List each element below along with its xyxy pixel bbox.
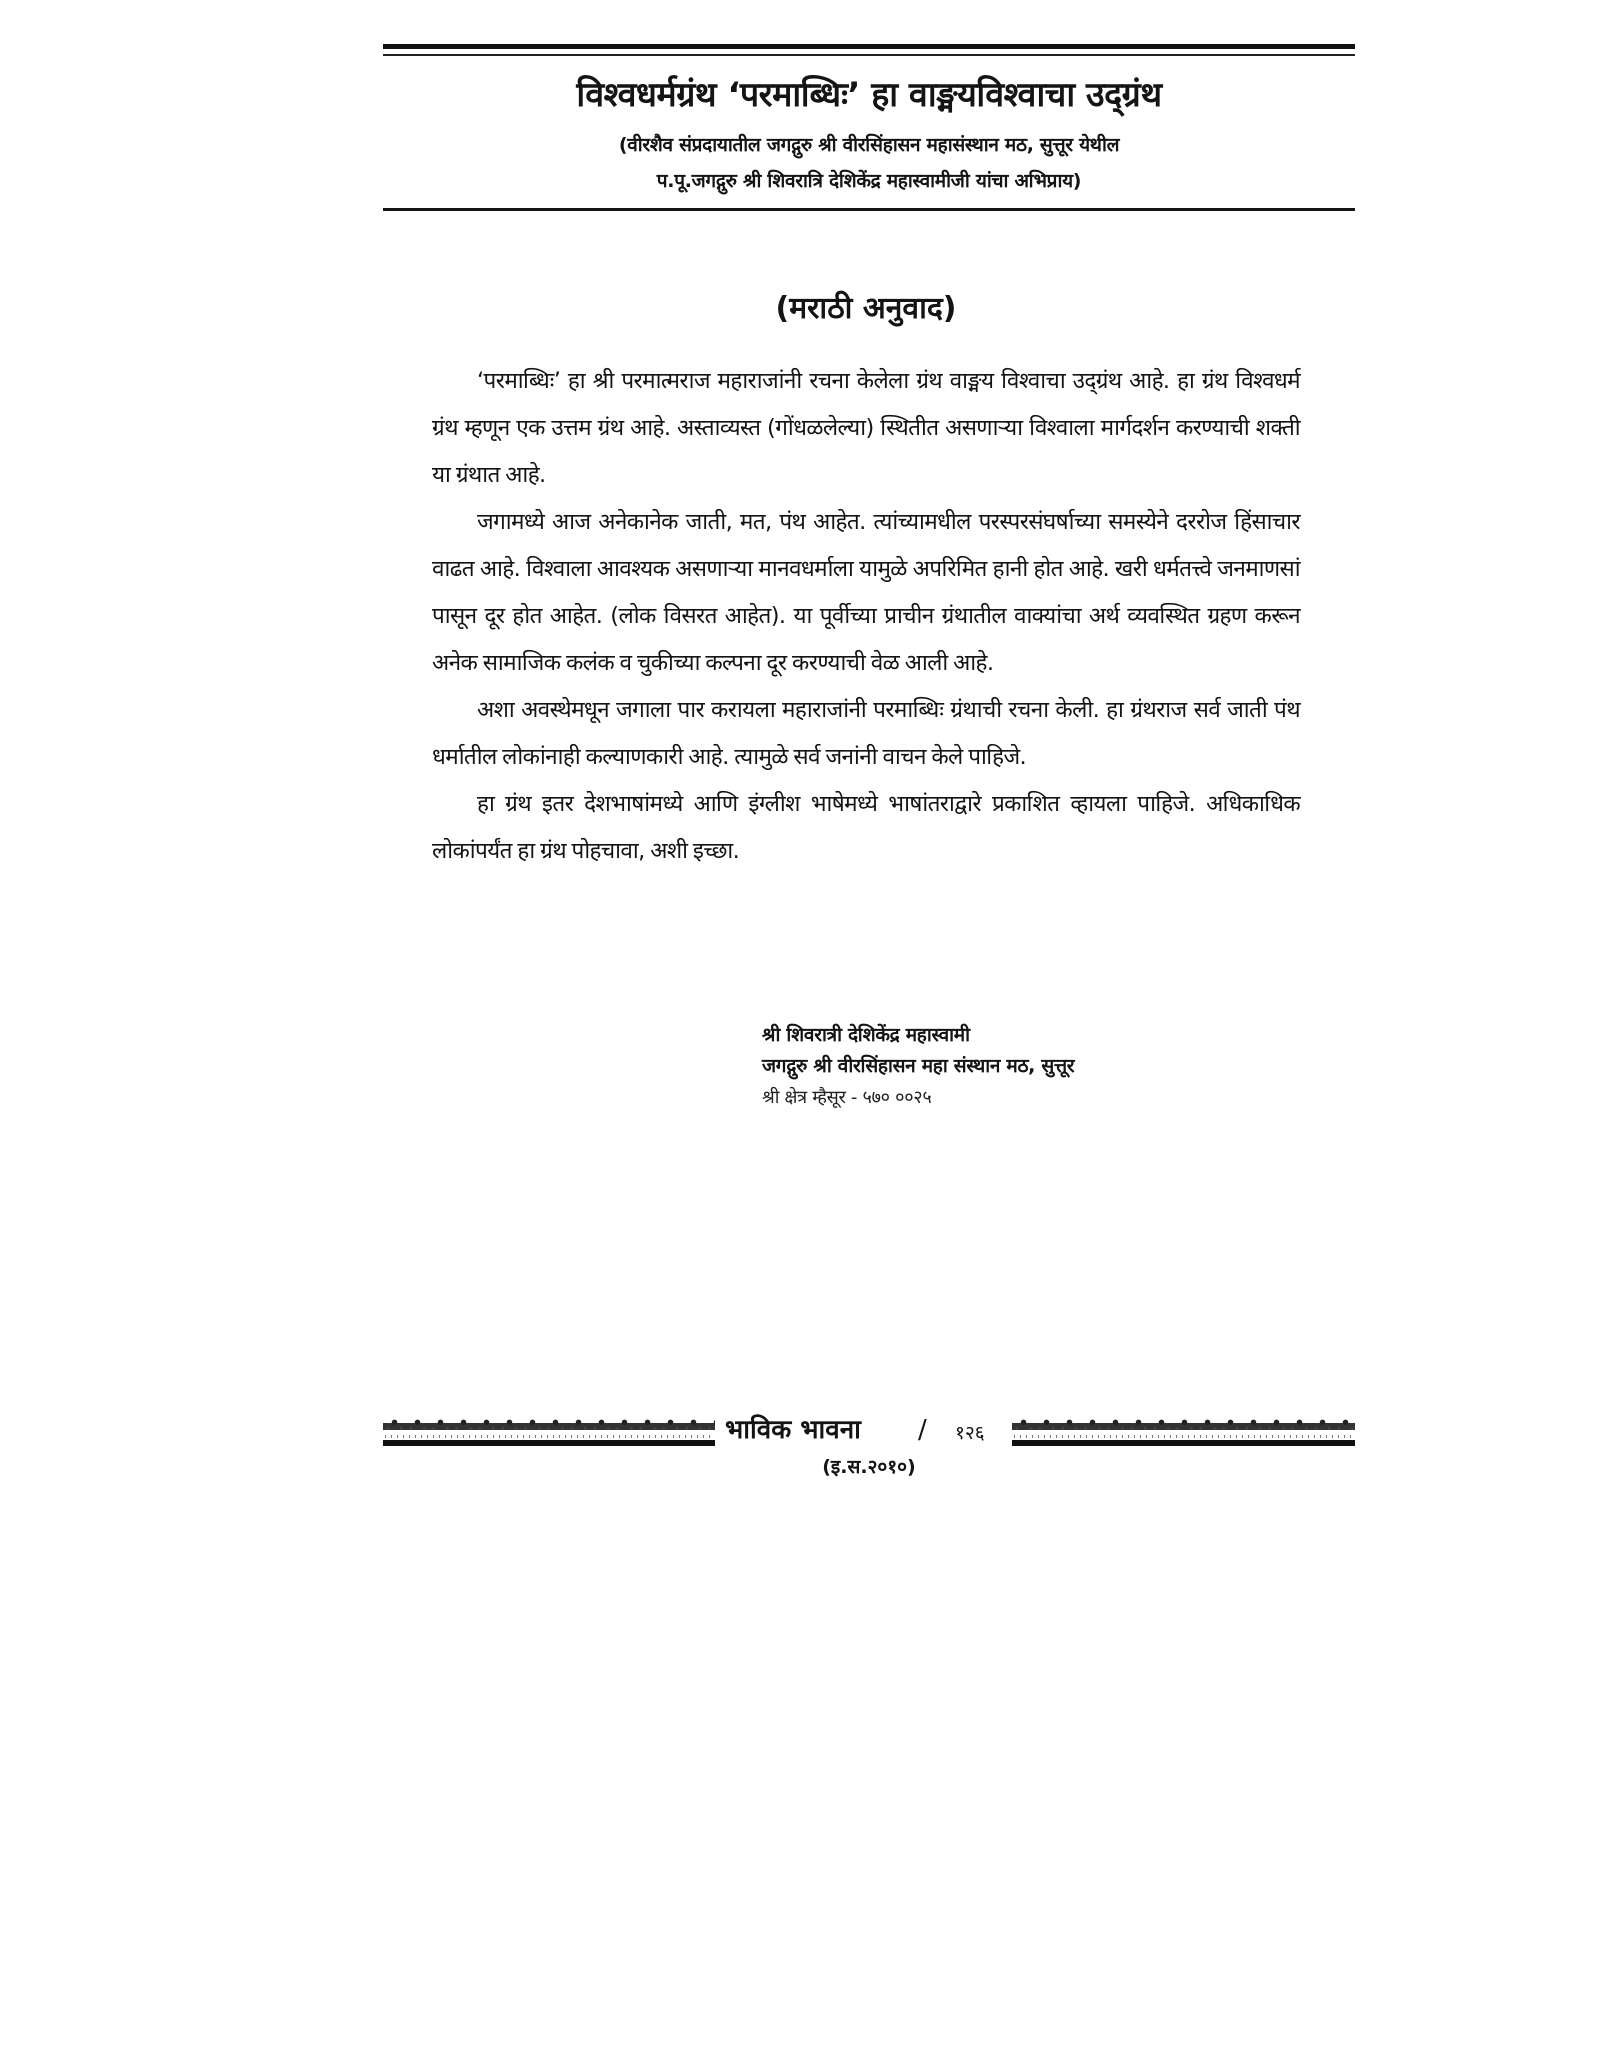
page-number: १२६ [955,1418,985,1448]
footer-publication-title: भाविक भावना [725,1412,861,1448]
body-text: ‘परमाब्धिः’ हा श्री परमात्मराज महाराजांन… [432,358,1300,875]
footer-rule-right [1012,1440,1355,1446]
signature-address: श्री क्षेत्र म्हैसूर - ५७० ००२५ [762,1082,1074,1113]
document-page: विश्वधर्मग्रंथ ‘परमाब्धिः’ हा वाङ्मयविश्… [0,0,1600,2045]
signature-name: श्री शिवरात्री देशिकेंद्र महास्वामी [762,1020,1074,1051]
floral-border-ornament-icon [383,1414,715,1438]
paragraph: जगामध्ये आज अनेकानेक जाती, मत, पंथ आहेत.… [432,499,1300,687]
section-heading: (मराठी अनुवाद) [432,288,1300,330]
signature-institution: जगद्गुरु श्री वीरसिंहासन महा संस्थान मठ,… [762,1051,1074,1082]
header-rule-thin [383,54,1355,56]
header-rule-thick [383,44,1355,49]
floral-border-ornament-icon [1012,1414,1355,1438]
header-rule-bottom [383,208,1355,211]
signature-block: श्री शिवरात्री देशिकेंद्र महास्वामी जगद्… [762,1020,1074,1113]
paragraph: हा ग्रंथ इतर देशभाषांमध्ये आणि इंग्लीश भ… [432,781,1300,875]
paragraph: ‘परमाब्धिः’ हा श्री परमात्मराज महाराजांन… [432,358,1300,499]
document-title: विश्वधर्मग्रंथ ‘परमाब्धिः’ हा वाङ्मयविश्… [383,72,1355,118]
document-subtitle-line-1: (वीरशैव संप्रदायातील जगद्गुरु श्री वीरसि… [383,130,1355,160]
footer-rule-left [383,1440,715,1446]
paragraph: अशा अवस्थेमधून जगाला पार करायला महाराजां… [432,687,1300,781]
footer-separator: / [918,1412,927,1448]
document-subtitle-line-2: प.पू.जगद्गुरु श्री शिवरात्रि देशिकेंद्र … [383,166,1355,196]
footer-year: (इ.स.२०१०) [383,1452,1355,1482]
